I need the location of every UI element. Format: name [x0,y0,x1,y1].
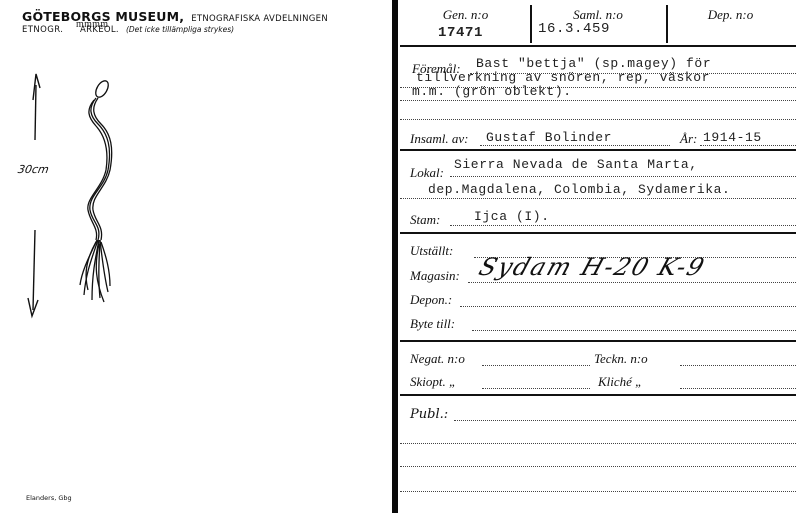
dotted-line [680,365,796,366]
section-arkeol-overstrike: mmmm [76,19,108,30]
rule [400,149,796,151]
foremal-line-3: m.m. (grön oblekt). [412,84,572,99]
dep-number-label: Dep. n:o [673,7,788,23]
saml-number-value: 16.3.459 [538,21,610,37]
dotted-line [450,225,796,226]
publ-label: Publ.: [410,407,448,422]
ar-label: År: [680,131,697,147]
department-name: ETNOGRAFISKA AVDELNINGEN [191,14,328,24]
printer-imprint: Elanders, Gbg [26,494,72,502]
dotted-line [400,443,796,444]
column-divider [530,5,532,43]
rule [400,394,796,396]
museum-header: GÖTEBORGS MUSEUM, ETNOGRAFISKA AVDELNING… [22,8,328,26]
skiopt-label: Skiopt. „ [410,374,456,390]
stam-label: Stam: [410,212,440,228]
rule [400,45,796,47]
utstallt-label: Utställt: [410,243,453,259]
byte-till-label: Byte till: [410,316,455,332]
foremal-line-1: Bast "bettja" (sp.magey) för [476,56,711,71]
rule [400,232,796,234]
gen-number-value: 17471 [438,25,483,41]
dotted-line [460,306,796,307]
lokal-line-2: dep.Magdalena, Colombia, Sydamerika. [428,182,730,197]
dotted-line [472,330,796,331]
ar-value: 1914-15 [703,130,762,145]
card-left-panel: GÖTEBORGS MUSEUM, ETNOGRAFISKA AVDELNING… [0,0,392,513]
dotted-line [480,145,670,146]
section-arkeol: ARKEOL. mmmm [80,25,122,35]
dotted-line [680,388,796,389]
dotted-line [468,282,796,283]
insaml-label: Insaml. av: [410,131,469,147]
teckn-label: Teckn. n:o [594,351,648,367]
dotted-line [482,365,590,366]
column-divider [666,5,668,43]
lokal-label: Lokal: [410,165,444,181]
strike-note: (Det icke tillämpliga strykes) [126,25,234,34]
dotted-line [454,420,796,421]
dotted-line [400,100,796,101]
magasin-value-handwritten: Sydam H-20 K-9 [475,253,709,281]
object-sketch-illustration [0,60,160,330]
foremal-line-2: tillverkning av snören, rep, väskor [416,70,710,85]
stam-value: Ijca (I). [474,209,550,224]
rule [400,340,796,342]
depon-label: Depon.: [410,292,452,308]
lokal-line-1: Sierra Nevada de Santa Marta, [454,157,698,172]
scale-label: 30cm [17,163,50,176]
section-line: ETNOGR. ARKEOL. mmmm (Det icke tillämpli… [22,25,234,35]
dotted-line [700,145,796,146]
scale-arrow-icon [28,74,40,316]
dotted-line [400,491,796,492]
magasin-label: Magasin: [410,268,460,284]
catalog-form: Gen. n:o 17471 Saml. n:o 16.3.459 Dep. n… [398,0,800,513]
gen-number-label: Gen. n:o [408,7,523,23]
dotted-line [400,119,796,120]
bast-fibre-drawing [80,79,112,302]
dotted-line [400,198,796,199]
kliche-label: Kliché „ [598,374,642,390]
dotted-line [450,176,796,177]
insaml-value: Gustaf Bolinder [486,130,612,145]
dotted-line [482,388,590,389]
negat-label: Negat. n:o [410,351,465,367]
dotted-line [400,466,796,467]
section-etnogr: ETNOGR. [22,25,63,35]
